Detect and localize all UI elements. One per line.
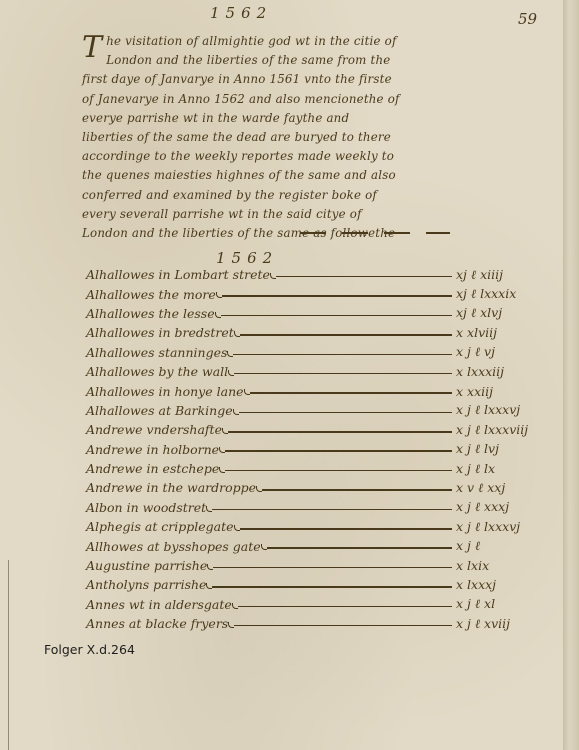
leader-line <box>234 625 452 627</box>
parish-name: Andrewe vndershafte <box>86 422 228 437</box>
leader-line <box>262 489 452 491</box>
parish-name: Andrewe in estchepe <box>86 461 225 476</box>
shelfmark-label: Folger X.d.264 <box>44 642 135 657</box>
heading-paragraph: T he visitation of allmightie god wt in … <box>82 32 402 243</box>
list-item: Alhallowes by the wallx lxxxiij <box>86 362 556 381</box>
list-item: Augustine parrishex lxix <box>86 556 556 575</box>
parish-name: Alhallowes by the wall <box>86 364 234 379</box>
manuscript-page: 1562 59 T he visitation of allmightie go… <box>0 0 564 750</box>
parish-name: Alhallowes the more <box>86 287 222 302</box>
parish-name: Annes at blacke fryers <box>86 616 234 631</box>
burial-count: x j ℓ lvj <box>452 441 556 457</box>
burial-count: x j ℓ lxxxviij <box>452 422 556 438</box>
parish-name: Alhallowes the lesse <box>86 306 221 321</box>
leader-line <box>212 509 452 511</box>
list-item: Alhallowes the lessexj ℓ xlvj <box>86 304 556 323</box>
leader-line <box>222 295 452 297</box>
list-item: Andrewe in estchepex j ℓ lx <box>86 459 556 478</box>
burial-count: x j ℓ lxxxvj <box>452 402 556 418</box>
list-item: Albon in woodstretx j ℓ xxxj <box>86 498 556 517</box>
burial-count: x j ℓ vj <box>452 344 556 360</box>
burial-count: x j ℓ <box>452 538 556 554</box>
list-item: Alphegis at cripplegatex j ℓ lxxxvj <box>86 517 556 536</box>
list-item: Alhallowes in honye lanex xxiij <box>86 381 556 400</box>
leader-line <box>250 392 452 394</box>
burial-count: x lxix <box>452 558 556 573</box>
leader-line <box>267 547 452 549</box>
list-item: Annes at blacke fryersx j ℓ xviij <box>86 614 556 633</box>
leader-line <box>233 354 452 356</box>
leader-line <box>225 470 452 472</box>
burial-count: x j ℓ xl <box>452 596 556 612</box>
burial-count: xj ℓ xiiij <box>452 267 556 283</box>
leader-line <box>225 450 452 452</box>
folio-number: 59 <box>518 10 537 28</box>
leader-line <box>239 412 452 414</box>
parish-name: Annes wt in aldersgate <box>86 597 238 612</box>
list-item: Alhallowes stanningesx j ℓ vj <box>86 343 556 362</box>
burial-count: x j ℓ xviij <box>452 616 556 632</box>
parish-name: Alhallowes in Lombart strete <box>86 267 276 282</box>
leader-line <box>212 586 452 588</box>
list-item: Annes wt in aldersgatex j ℓ xl <box>86 595 556 614</box>
heading-text: he visitation of allmightie god wt in th… <box>82 34 400 240</box>
burial-count: x j ℓ xxxj <box>452 499 556 515</box>
leader-line <box>240 528 452 530</box>
parish-name: Allhowes at bysshopes gate <box>86 539 267 554</box>
parish-name: Albon in woodstret <box>86 500 212 515</box>
heading-dash-rule <box>300 232 450 234</box>
page-edge <box>563 0 579 750</box>
leader-line <box>228 431 452 433</box>
burial-count: x j ℓ lxxxvj <box>452 519 556 535</box>
list-item: Alhallowes at Barkingex j ℓ lxxxvj <box>86 401 556 420</box>
parish-name: Alphegis at cripplegate <box>86 519 240 534</box>
list-item: Andrewe in the wardroppex v ℓ xxj <box>86 478 556 497</box>
parish-name: Andrewe in holborne <box>86 442 225 457</box>
leader-line <box>238 606 452 608</box>
list-item: Andrewe vndershaftex j ℓ lxxxviij <box>86 420 556 439</box>
parish-name: Alhallowes in bredstret <box>86 325 240 340</box>
list-item: Andrewe in holbornex j ℓ lvj <box>86 440 556 459</box>
parish-name: Alhallowes stanninges <box>86 345 233 360</box>
parish-name: Alhallowes in honye lane <box>86 384 250 399</box>
leader-line <box>276 276 452 278</box>
parish-name: Augustine parrishe <box>86 558 213 573</box>
burial-count: xj ℓ lxxxix <box>452 286 556 302</box>
parish-name: Andrewe in the wardroppe <box>86 480 262 495</box>
leader-line <box>213 567 452 569</box>
list-item: Antholyns parrishex lxxxj <box>86 575 556 594</box>
burial-count: x j ℓ lx <box>452 461 556 477</box>
list-item: Alhallowes in Lombart stretexj ℓ xiiij <box>86 265 556 284</box>
list-item: Alhallowes the morexj ℓ lxxxix <box>86 284 556 303</box>
burial-count: x lxxxiij <box>452 364 556 379</box>
burial-count: x xxiij <box>452 384 556 399</box>
burial-count: x xlviij <box>452 325 556 340</box>
leader-line <box>234 373 452 375</box>
parish-list: Alhallowes in Lombart stretexj ℓ xiiij A… <box>86 265 556 633</box>
burial-count: x lxxxj <box>452 577 556 592</box>
page-fold-line <box>8 560 9 750</box>
burial-count: xj ℓ xlvj <box>452 305 556 321</box>
year-header: 1562 <box>210 4 272 22</box>
drop-cap: T <box>82 34 102 62</box>
leader-line <box>240 334 452 336</box>
parish-name: Alhallowes at Barkinge <box>86 403 239 418</box>
burial-count: x v ℓ xxj <box>452 480 556 496</box>
list-item: Alhallowes in bredstretx xlviij <box>86 323 556 342</box>
parish-name: Antholyns parrishe <box>86 577 212 592</box>
list-item: Allhowes at bysshopes gatex j ℓ <box>86 536 556 555</box>
leader-line <box>221 315 452 317</box>
